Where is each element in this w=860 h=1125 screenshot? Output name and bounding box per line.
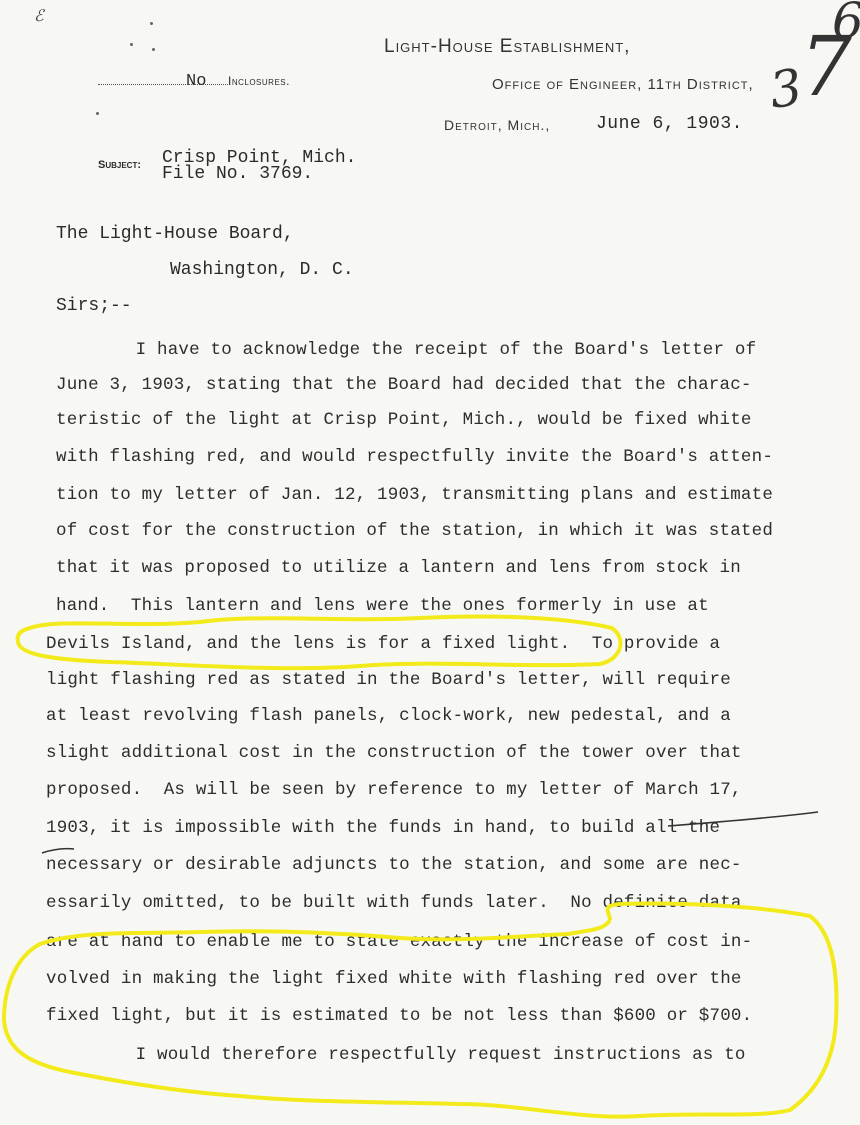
body-line: necessary or desirable adjuncts to the s… [46, 855, 742, 875]
salutation: Sirs;-- [56, 296, 132, 316]
body-line: are at hand to enable me to state exactl… [46, 932, 752, 952]
scan-speck [130, 43, 133, 46]
letterhead-city: Detroit, Mich., [444, 117, 550, 133]
subject-line-2: File No. 3769. [162, 164, 313, 184]
body-line: light flashing red as stated in the Boar… [46, 670, 731, 690]
body-line: Devils Island, and the lens is for a fix… [46, 634, 720, 654]
scan-speck [150, 22, 153, 25]
body-line: teristic of the light at Crisp Point, Mi… [56, 410, 752, 430]
body-line: volved in making the light fixed white w… [46, 969, 742, 989]
letterhead-title: Light-House Establishment, [384, 36, 630, 58]
scan-speck [96, 112, 99, 115]
inclosures-label: Inclosures. [228, 74, 290, 88]
body-line: tion to my letter of Jan. 12, 1903, tran… [56, 485, 773, 505]
inclosures-count: No [186, 72, 206, 91]
body-line: I would therefore respectfully request i… [50, 1045, 746, 1065]
body-line: of cost for the construction of the stat… [56, 521, 773, 541]
addressee-line-1: The Light-House Board, [56, 224, 294, 244]
body-line: fixed light, but it is estimated to be n… [46, 1006, 752, 1026]
body-line: I have to acknowledge the receipt of the… [50, 340, 756, 360]
body-line: June 3, 1903, stating that the Board had… [56, 375, 752, 395]
body-line: 1903, it is impossible with the funds in… [46, 818, 720, 838]
inclosures-dotted-rule [98, 84, 228, 85]
subject-label: Subject: [98, 159, 141, 171]
handwritten-digit: 6 [832, 0, 860, 50]
body-line: with flashing red, and would respectfull… [56, 447, 773, 467]
scan-speck [152, 48, 155, 51]
pen-underline-1903 [42, 849, 74, 853]
body-line: at least revolving flash panels, clock-w… [46, 706, 731, 726]
body-line: slight additional cost in the constructi… [46, 743, 742, 763]
corner-mark-icon: ℰ [34, 6, 44, 25]
body-line: proposed. As will be seen by reference t… [46, 780, 742, 800]
letter-date: June 6, 1903. [596, 114, 743, 134]
addressee-line-2: Washington, D. C. [170, 260, 354, 280]
body-line: that it was proposed to utilize a lanter… [56, 558, 741, 578]
body-line: hand. This lantern and lens were the one… [56, 596, 709, 616]
body-line: essarily omitted, to be built with funds… [46, 893, 742, 913]
letterhead-office: Office of Engineer, 11th District, [492, 76, 754, 93]
